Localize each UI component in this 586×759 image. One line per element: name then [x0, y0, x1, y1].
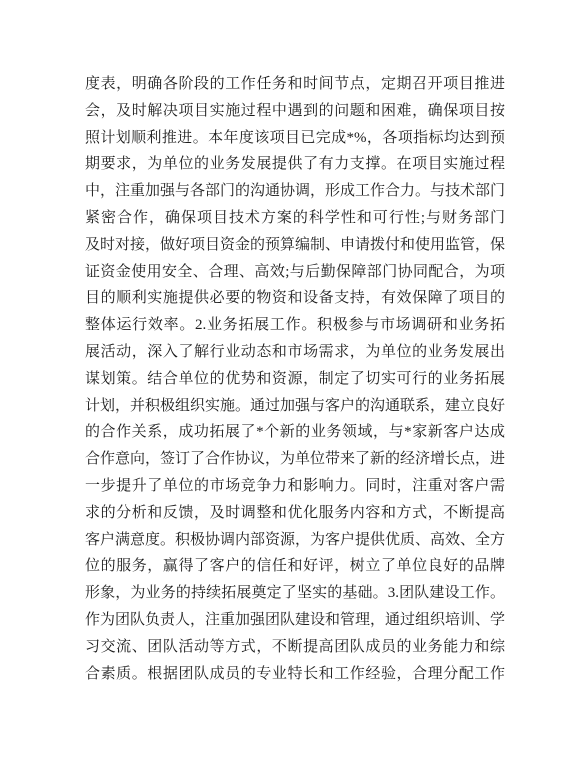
- text-line: 紧密合作，确保项目技术方案的科学性和可行性;与财务部门: [85, 205, 505, 232]
- text-line: 谋划策。结合单位的优势和资源，制定了切实可行的业务拓展: [85, 366, 505, 393]
- body-text-block: 度表，明确各阶段的工作任务和时间节点，定期召开项目推进会，及时解决项目实施过程中…: [85, 71, 505, 687]
- text-line: 合作意向，签订了合作协议，为单位带来了新的经济增长点，进: [85, 446, 505, 473]
- text-line: 期要求，为单位的业务发展提供了有力支撑。在项目实施过程: [85, 151, 505, 178]
- text-line: 客户满意度。积极协调内部资源，为客户提供优质、高效、全方: [85, 527, 505, 554]
- text-line: 一步提升了单位的市场竞争力和影响力。同时，注重对客户需: [85, 473, 505, 500]
- text-line: 合素质。根据团队成员的专业特长和工作经验，合理分配工作: [85, 661, 505, 688]
- document-page: 度表，明确各阶段的工作任务和时间节点，定期召开项目推进会，及时解决项目实施过程中…: [0, 0, 586, 759]
- text-line: 位的服务，赢得了客户的信任和好评，树立了单位良好的品牌: [85, 553, 505, 580]
- text-line: 会，及时解决项目实施过程中遇到的问题和困难，确保项目按: [85, 98, 505, 125]
- text-line: 计划，并积极组织实施。通过加强与客户的沟通联系，建立良好: [85, 393, 505, 420]
- text-line: 及时对接，做好项目资金的预算编制、申请拨付和使用监管，保: [85, 232, 505, 259]
- text-line: 中，注重加强与各部门的沟通协调，形成工作合力。与技术部门: [85, 178, 505, 205]
- text-line: 度表，明确各阶段的工作任务和时间节点，定期召开项目推进: [85, 71, 505, 98]
- text-line: 整体运行效率。2.业务拓展工作。积极参与市场调研和业务拓: [85, 312, 505, 339]
- text-line: 照计划顺利推进。本年度该项目已完成*%，各项指标均达到预: [85, 125, 505, 152]
- text-line: 习交流、团队活动等方式，不断提高团队成员的业务能力和综: [85, 634, 505, 661]
- text-line: 的合作关系，成功拓展了*个新的业务领域，与*家新客户达成: [85, 419, 505, 446]
- text-line: 展活动，深入了解行业动态和市场需求，为单位的业务发展出: [85, 339, 505, 366]
- text-line: 作为团队负责人，注重加强团队建设和管理，通过组织培训、学: [85, 607, 505, 634]
- text-line: 形象，为业务的持续拓展奠定了坚实的基础。3.团队建设工作。: [85, 580, 505, 607]
- text-line: 证资金使用安全、合理、高效;与后勤保障部门协同配合，为项: [85, 259, 505, 286]
- text-line: 求的分析和反馈，及时调整和优化服务内容和方式，不断提高: [85, 500, 505, 527]
- text-line: 目的顺利实施提供必要的物资和设备支持，有效保障了项目的: [85, 285, 505, 312]
